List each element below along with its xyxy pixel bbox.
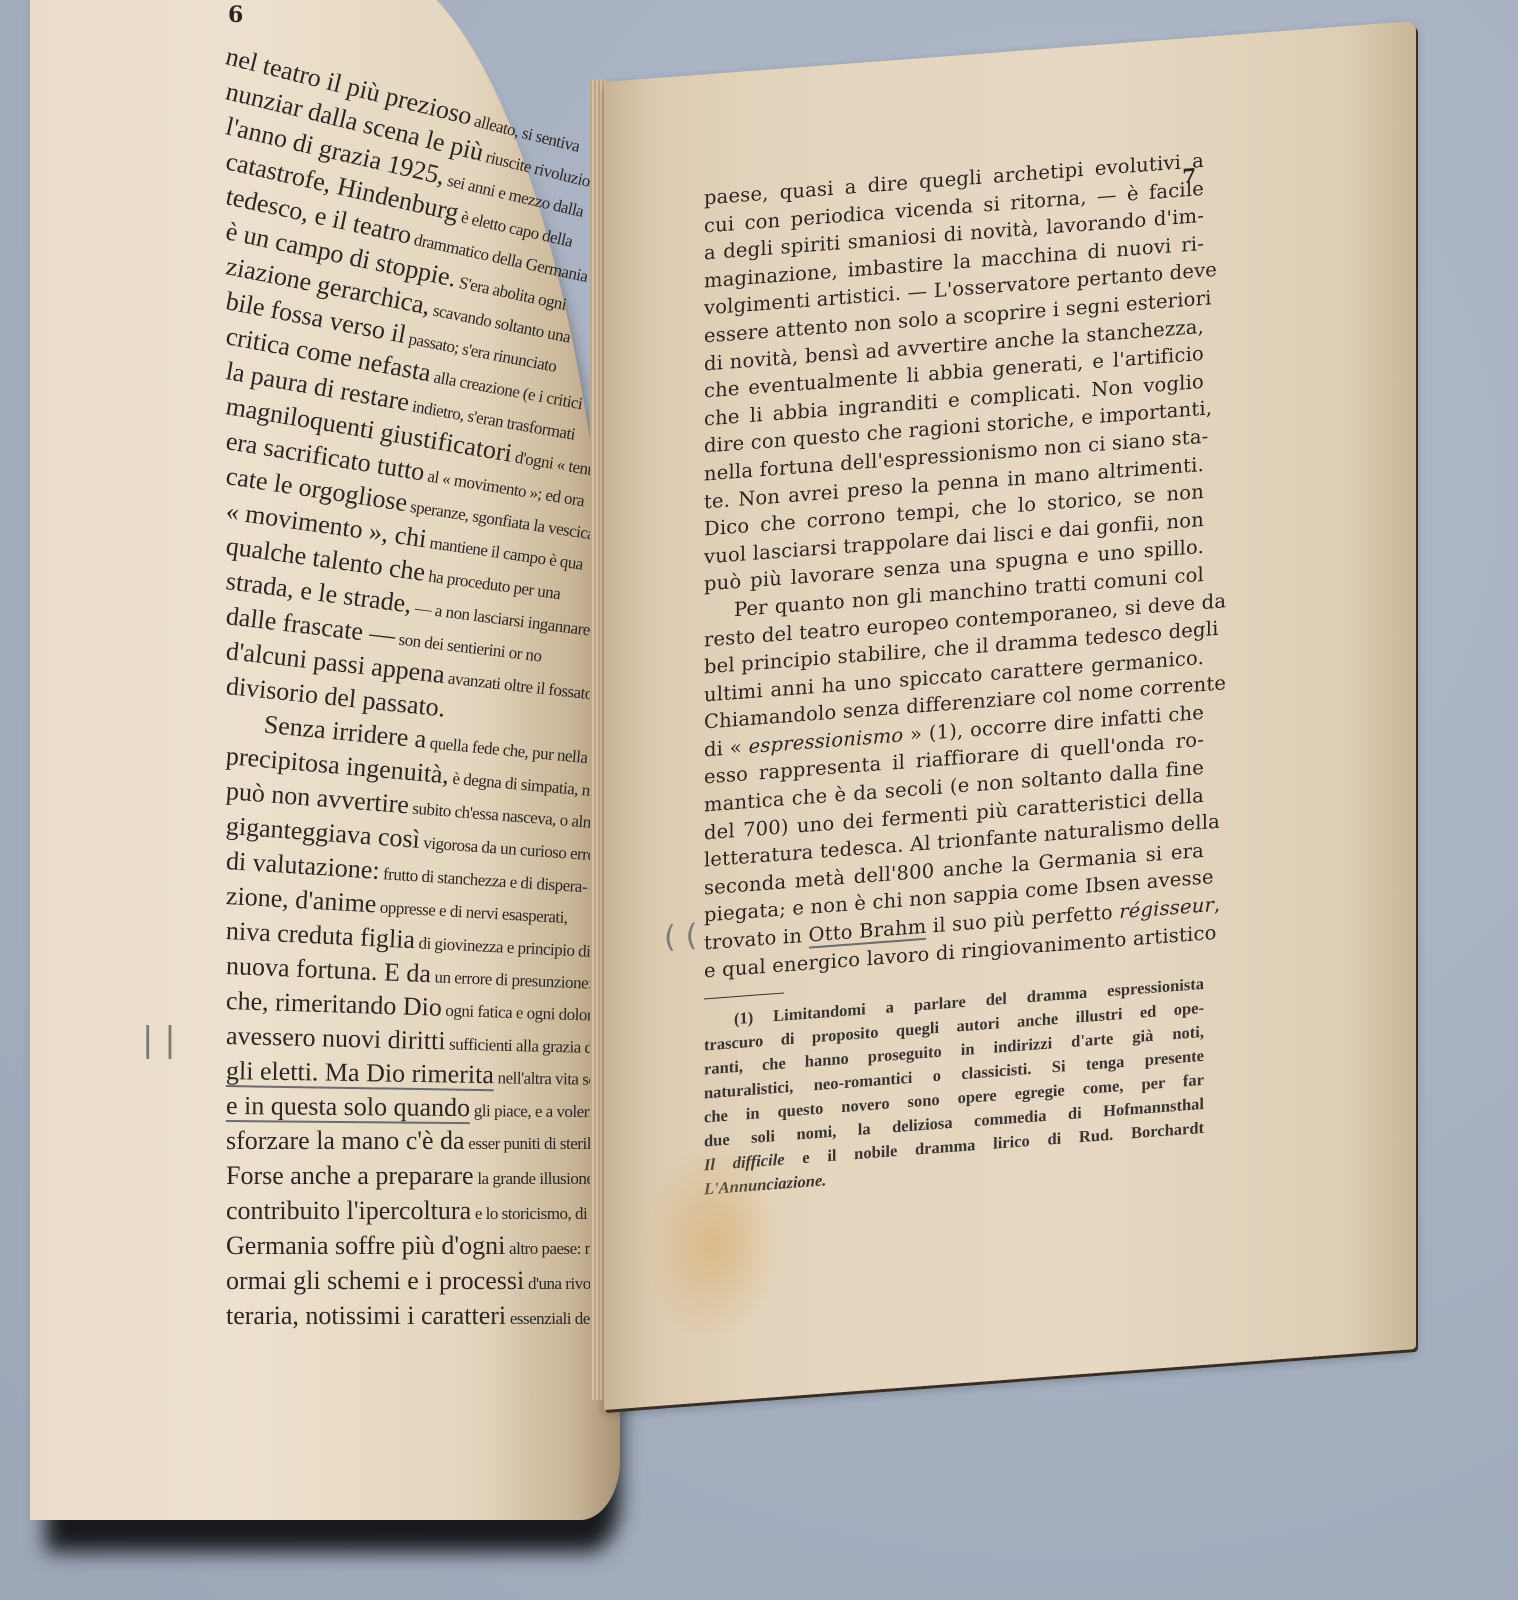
text-line: Forse anche a preparare la grande illusi… bbox=[226, 1160, 626, 1195]
text-line: contribuito l'ipercoltura e lo storicism… bbox=[226, 1195, 626, 1230]
text-line: Germania soffre più d'ogni altro paese: … bbox=[226, 1230, 626, 1265]
right-page: 7 paese, quasi a dire quegli archetipi e… bbox=[604, 21, 1416, 1410]
pencil-margin-mark: | | bbox=[142, 1020, 176, 1060]
left-page: 6 nel teatro il più prezioso alleato, si… bbox=[30, 0, 620, 1520]
footnote-divider bbox=[704, 993, 784, 1000]
pencil-bracket-mark: ( ( bbox=[664, 922, 698, 952]
left-page-text: nel teatro il più prezioso alleato, si s… bbox=[226, 40, 626, 1335]
text-line: teraria, notissimi i caratteri essenzial… bbox=[226, 1300, 626, 1335]
text-line: e in questa solo quando gli piace, e a v… bbox=[226, 1090, 626, 1128]
text-line: ormai gli schemi e i processi d'una rivo… bbox=[226, 1265, 626, 1300]
page-number-left: 6 bbox=[228, 2, 243, 28]
right-page-text: paese, quasi a dire quegli archetipi evo… bbox=[704, 147, 1204, 1202]
paragraph-1: paese, quasi a dire quegli archetipi evo… bbox=[704, 147, 1204, 599]
text-line: sforzare la mano c'è da esser puniti di … bbox=[226, 1125, 626, 1160]
